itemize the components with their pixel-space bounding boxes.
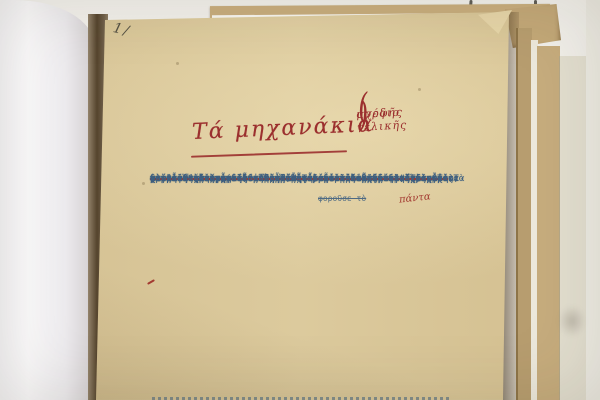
stacked-sheet-edge xyxy=(537,46,560,400)
white-book-page xyxy=(0,0,94,400)
stacked-sheet-edge xyxy=(516,28,532,400)
manuscript-photo: 1/ Τά μηχανάκια ( σχέδιο τελικῆς μορφῆς … xyxy=(0,0,600,400)
side-note-close-paren: ) xyxy=(358,97,370,133)
paper-speck xyxy=(142,182,145,185)
paper-speck xyxy=(418,88,421,91)
typed-text: τους . Ὁ Ἀναστάσης μοιραζόταν τὸ ὑπνοδωμ… xyxy=(150,172,426,188)
paper-speck xyxy=(176,62,179,65)
pencil-smudge xyxy=(558,305,586,337)
typed-overstrike-correction: φοροῦσε τὸ xyxy=(318,194,366,203)
stacked-sheet-edge xyxy=(559,56,589,400)
background-wall-right xyxy=(586,0,600,400)
